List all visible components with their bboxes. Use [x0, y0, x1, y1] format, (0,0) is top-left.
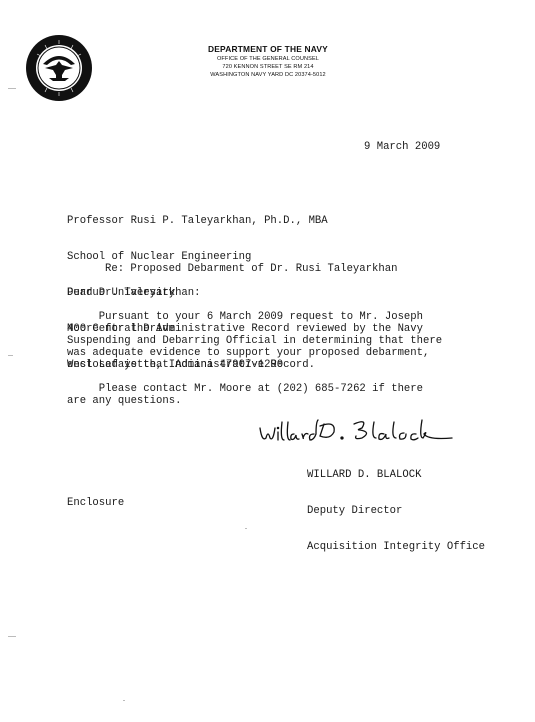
- scan-speck: [8, 636, 16, 637]
- scan-speck: [8, 88, 16, 89]
- signer-office: Acquisition Integrity Office: [307, 541, 485, 553]
- recipient-name: Professor Rusi P. Taleyarkhan, Ph.D., MB…: [67, 215, 328, 227]
- handwritten-signature: [258, 416, 454, 446]
- letter-date: 9 March 2009: [364, 141, 440, 153]
- scan-speck: [123, 700, 125, 701]
- recipient-school: School of Nuclear Engineering: [67, 251, 328, 263]
- letterhead: DEPARTMENT OF THE NAVY OFFICE OF THE GEN…: [180, 44, 356, 79]
- scan-speck: [8, 355, 13, 356]
- signature-block: WILLARD D. BLALOCK Deputy Director Acqui…: [307, 445, 485, 577]
- scan-speck: [245, 528, 247, 529]
- signer-title: Deputy Director: [307, 505, 485, 517]
- subject-line: Re: Proposed Debarment of Dr. Rusi Taley…: [105, 263, 397, 275]
- letterhead-title: DEPARTMENT OF THE NAVY: [180, 44, 356, 55]
- letterhead-city: WASHINGTON NAVY YARD DC 20374-5012: [180, 71, 356, 79]
- body-paragraph: Pursuant to your 6 March 2009 request to…: [67, 311, 442, 371]
- department-of-defense-seal-icon: [25, 34, 93, 102]
- signer-name: WILLARD D. BLALOCK: [307, 469, 485, 481]
- salutation: Dear Dr. Taleyarkhan:: [67, 287, 201, 299]
- enclosure-note: Enclosure: [67, 497, 124, 509]
- body-paragraph: Please contact Mr. Moore at (202) 685-72…: [67, 383, 423, 407]
- letterhead-street: 720 KENNON STREET SE RM 214: [180, 63, 356, 71]
- letterhead-office: OFFICE OF THE GENERAL COUNSEL: [180, 55, 356, 63]
